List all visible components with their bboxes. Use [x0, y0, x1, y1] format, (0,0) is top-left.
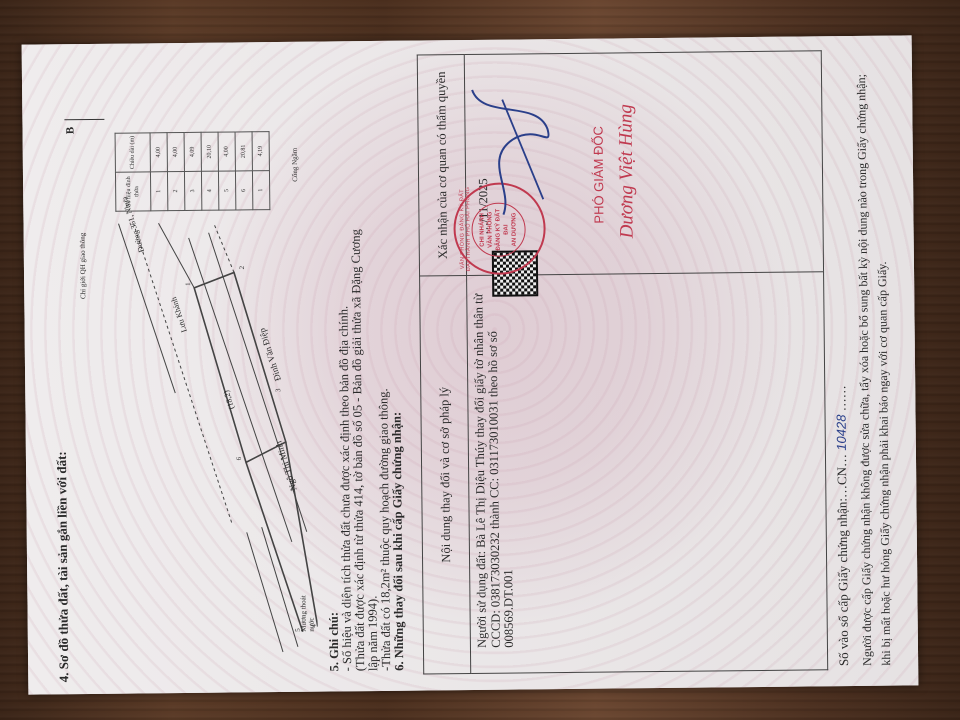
vertex-cell: 2 — [167, 171, 184, 210]
officer-title: PHÓ GIÁM ĐỐC — [591, 126, 607, 224]
vertex-1: 1 — [184, 282, 192, 286]
parcel-vertex-table: Số hiệu đỉnh thửa Chiều dài (m) 14,00 24… — [115, 131, 271, 212]
vertex-cell: 3 — [184, 171, 201, 210]
change-entry-text: Người sử dụng đất: Bà Lê Thị Diệu Thúy t… — [468, 277, 517, 672]
registry-tail: …… — [833, 385, 848, 411]
land-certificate-page: 4. Sơ đồ thửa đất, tài sản gắn liền với … — [22, 35, 919, 694]
content-column-header: Nội dung thay đổi và cơ sở pháp lý — [420, 276, 471, 674]
vertex-6: 6 — [235, 456, 243, 460]
length-cell: 20,81 — [235, 132, 252, 171]
length-cell: 4,19 — [252, 132, 269, 171]
vertex-cell: 6 — [235, 171, 252, 210]
length-cell: 4,00 — [150, 133, 167, 172]
length-cell: 4,00 — [167, 132, 184, 171]
vertex-cell: 1 — [150, 172, 167, 211]
length-cell: 20,10 — [201, 132, 218, 171]
north-arrow-line — [64, 119, 104, 120]
vertex-3: 3 — [274, 388, 282, 392]
length-header: Chiều dài (m) — [115, 133, 150, 172]
officer-signature-name: Dương Việt Hùng — [615, 104, 638, 238]
vertex-header: Số hiệu đỉnh thửa — [115, 172, 150, 211]
vertex-cell: 4 — [201, 171, 218, 210]
canal-label: Mương thoát nước — [299, 592, 315, 632]
signature-scribble — [442, 79, 573, 220]
length-cell: 4,00 — [218, 132, 235, 171]
section-5-notes: 5. Ghi chú: - Số hiệu và diện tích thửa … — [322, 61, 406, 672]
ditch-label: Cống Ngầm — [291, 148, 299, 182]
registry-label: Số vào sổ cấp Giấy chứng nhận:…CN… — [834, 454, 851, 666]
registry-number: 10428 — [834, 414, 849, 450]
change-entry-cell: Người sử dụng đất: Bà Lê Thị Diệu Thúy t… — [467, 272, 828, 674]
warning-note: Người được cấp Giấy chứng nhận không đượ… — [852, 56, 896, 666]
north-arrow: B — [64, 119, 104, 135]
planning-boundary-label: Chỉ giới QH giao thông — [79, 233, 88, 299]
length-cell: 4,09 — [184, 132, 201, 171]
north-label: B — [64, 127, 76, 134]
vertex-2: 2 — [238, 265, 246, 269]
vertex-cell: 1 — [252, 171, 269, 210]
registry-number-line: Số vào sổ cấp Giấy chứng nhận:…CN… 10428… — [833, 385, 852, 666]
vertex-cell: 5 — [218, 171, 235, 210]
